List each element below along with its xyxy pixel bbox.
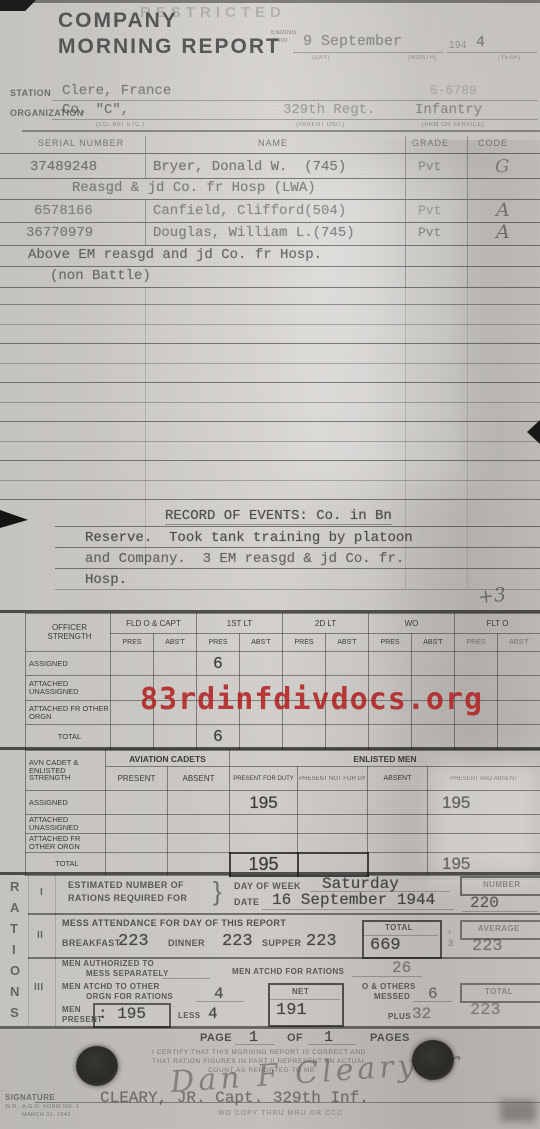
dinner-label: DINNER (168, 938, 205, 948)
pres-header: PRES (283, 634, 326, 652)
ruled-line (0, 480, 540, 481)
record-of-events: RECORD OF EVENTS: Co. in Bn Reserve. Too… (0, 505, 540, 612)
officer-row-label: ATTACHED FR OTHER ORGN (26, 701, 111, 725)
rations-letter: R (10, 879, 20, 894)
bottom-distribution-note: WD COPY THRU MRU OR CCC (218, 1110, 343, 1117)
dinner-value: 223 (222, 932, 253, 951)
roster-column-line (467, 267, 468, 287)
others-underline (414, 1001, 452, 1002)
rations-letter: A (10, 900, 20, 915)
blank-ruled-rows (0, 287, 540, 505)
ruled-line (0, 363, 540, 364)
men-atchd-other-label2: ORGN FOR RATIONS (86, 992, 173, 1001)
rations-section: R A T I O N S I ESTIMATED NUMBER OF RATI… (0, 875, 540, 1027)
roster-column-line (405, 223, 406, 245)
abst-header: ABS'T (240, 634, 283, 652)
enlisted-assigned-present-and-absent: 195 (428, 791, 540, 815)
date-value: 16 September 1944 (272, 891, 435, 909)
roster-column-line (467, 154, 468, 178)
abst-header: ABS'T (154, 634, 197, 652)
rations-total-label: TOTAL (485, 987, 513, 996)
officer-group-fldo-capt: FLD O & CAPT (111, 614, 197, 634)
punch-hole-right (412, 1040, 454, 1080)
org-sublabel-3: (ARM OR SERVICE) (422, 122, 484, 128)
events-line4: Hosp. (85, 572, 127, 588)
roster-column-line (405, 246, 406, 266)
rations-letter: O (10, 963, 21, 978)
officer-group-flt-o: FLT O (455, 614, 540, 634)
rations-row-divider (28, 913, 540, 915)
atchd-rations-underline (352, 976, 422, 977)
year-sublabel: (YEAR) (498, 55, 521, 61)
roster-row-grade: Pvt (418, 159, 441, 174)
men-atchd-other-label1: MEN ATCHD TO OTHER (62, 982, 160, 991)
roster-row-serial: 36770979 (26, 225, 93, 241)
o-and-others-label2: MESSED (374, 992, 410, 1001)
average-value: 223 (472, 937, 503, 956)
date-underline (293, 52, 443, 53)
roster-column-line (467, 136, 468, 153)
roster-column-line (405, 154, 406, 178)
org-sublabel-1: (CO. BAT ETC.) (96, 122, 144, 128)
organization-company: Co. "C", (62, 102, 129, 118)
roster-header-underline (0, 153, 540, 154)
roster-column-line (405, 267, 406, 287)
rations-letter: S (10, 1005, 19, 1020)
ruled-line (0, 324, 540, 325)
roster-column-line (145, 154, 146, 178)
roster-column-line (467, 223, 468, 245)
roster-row-name: Douglas, William L.(745) (153, 225, 355, 241)
roster-row-continuation: Reasgd & jd Co. fr Hosp (LWA) (72, 180, 316, 196)
day-sublabel: (DAY) (312, 55, 330, 61)
typed-signature-name: CLEARY, JR. Capt. 329th Inf. (100, 1089, 369, 1107)
ruled-line (0, 382, 540, 383)
ending-value: 2400 (273, 38, 288, 44)
officer-assigned-1stlt-pres: 6 (197, 652, 240, 676)
number-label: NUMBER (483, 880, 521, 889)
year-underline (447, 52, 537, 53)
roster-row-line (0, 199, 540, 200)
enlisted-table-corner: AVN CADET & ENLISTED STRENGTH (26, 751, 106, 791)
col-present-and-absent: PRESENT AND ABSENT (428, 767, 540, 791)
ruled-line (55, 589, 540, 590)
officer-total-1stlt-pres: 6 (197, 725, 240, 750)
rations-roman-i: I (40, 887, 43, 898)
mess-attendance-title: MESS ATTENDANCE FOR DAY OF THIS REPORT (62, 918, 286, 928)
ruled-line (0, 304, 540, 305)
men-authorized-label1: MEN AUTHORIZED TO (62, 959, 154, 968)
ruled-column-line (405, 505, 406, 589)
roster-row-code: A (496, 221, 510, 243)
events-line3: and Company. 3 EM reasgd & jd Co. fr. (85, 551, 404, 567)
page-underline (235, 1044, 275, 1045)
pages-label: PAGES (370, 1032, 410, 1044)
enlisted-row-label: ATTACHED FR OTHER ORGN (26, 834, 106, 853)
bottom-right-smudge (500, 1100, 536, 1122)
form-title-line2: MORNING REPORT (58, 35, 281, 59)
divide-by: 3 (448, 938, 453, 948)
o-and-others-label1: O & OTHERS (362, 982, 416, 991)
men-atchd-for-rations-label: MEN ATCHD FOR RATIONS (232, 967, 344, 976)
page-label: PAGE (200, 1032, 232, 1044)
enlisted-men-group: ENLISTED MEN (230, 751, 540, 767)
breakfast-label: BREAKFAST (62, 938, 121, 948)
ruled-column-line (467, 287, 468, 505)
roster-row-serial: 6578166 (34, 203, 93, 219)
ruled-column-line (467, 505, 468, 589)
station-value: Clere, France (62, 83, 171, 99)
rations-letter: I (12, 942, 16, 957)
roster-row-code: G (495, 156, 509, 177)
rations-roman-ii: II (37, 930, 43, 941)
ruled-line (0, 402, 540, 403)
roster-row-grade: Pvt (418, 203, 441, 218)
plus-value: 32 (412, 1005, 431, 1023)
ruled-line (0, 460, 540, 461)
brace-glyph: } (213, 876, 222, 907)
form-title-line1: COMPANY (58, 9, 178, 33)
rations-letter-column-line (28, 875, 29, 1027)
roster-row-name: Canfield, Clifford(504) (153, 203, 346, 219)
ending-label: ENDING (271, 30, 297, 36)
net-value: 191 (276, 1001, 307, 1020)
org-sublabel-2: (PARENT UNIT) (296, 122, 345, 128)
officer-group-2d-lt: 2D LT (283, 614, 369, 634)
abst-header: ABS'T (498, 634, 540, 652)
roster-header-serial: SERIAL NUMBER (38, 138, 124, 148)
divide-sign: ÷ (447, 927, 452, 937)
organization-regiment: 329th Regt. (283, 102, 375, 118)
supper-label: SUPPER (262, 938, 301, 948)
less-label: LESS (178, 1011, 201, 1020)
officer-row-label: ATTACHED UNASSIGNED (26, 676, 111, 701)
number-value: 220 (470, 894, 499, 912)
estimated-rations-label2: RATIONS REQUIRED FOR (68, 893, 187, 903)
organization-underline (52, 119, 538, 120)
ruled-line (0, 441, 540, 442)
ruled-column-line (145, 287, 146, 505)
roster-row-grade: Pvt (418, 225, 441, 240)
breakfast-value: 223 (118, 932, 149, 951)
men-atchd-for-rations-value: 26 (392, 959, 411, 977)
rations-roman-iii: III (34, 982, 44, 993)
ruled-column-line (405, 287, 406, 505)
organization-branch: Infantry (415, 102, 482, 118)
roster-column-line (405, 179, 406, 199)
month-sublabel: (MONTH) (408, 55, 437, 61)
men-present-label1: MEN (62, 1005, 81, 1014)
enlisted-row-label: ASSIGNED (26, 791, 106, 815)
roster-row-line (0, 178, 540, 179)
station-right-faint: 5-6789 (430, 83, 477, 98)
header-divider (22, 130, 540, 132)
top-left-ink-mark (0, 0, 36, 11)
plus-label: PLUS (388, 1012, 411, 1021)
men-authorized-label2: MESS SEPARATELY (86, 969, 169, 978)
roster-column-line (467, 246, 468, 266)
enlisted-row-label: ATTACHED UNASSIGNED (26, 815, 106, 834)
roster-column-line (467, 179, 468, 199)
officer-table-corner: OFFICER STRENGTH (26, 614, 111, 652)
morning-report-document: RESTRICTED COMPANY MORNING REPORT ENDING… (0, 0, 540, 1129)
date-underline (262, 909, 454, 910)
form-number: W.D., A.G.O. FORM NO. 1 (5, 1104, 79, 1110)
roster-header-grade: GRADE (412, 138, 449, 148)
station-label: STATION (10, 88, 51, 98)
station-underline (52, 100, 538, 101)
pres-header: PRES (369, 634, 412, 652)
atchd-other-underline (196, 1001, 244, 1002)
rations-bottom-rule (0, 1026, 540, 1029)
roster-row-line (0, 266, 540, 267)
officer-group-1st-lt: 1ST LT (197, 614, 283, 634)
roster-row-line (0, 245, 540, 246)
events-annotation-handwritten: +3 (477, 584, 507, 609)
roster-row-code: A (496, 199, 510, 221)
abst-header: ABS'T (412, 634, 455, 652)
col-present-for-duty: PRESENT FOR DUTY (230, 767, 298, 791)
rations-letter: N (10, 984, 20, 999)
of-label: OF (287, 1032, 303, 1044)
col-present: PRESENT (106, 767, 168, 791)
col-absent-enlisted: ABSENT (368, 767, 428, 791)
estimated-rations-label1: ESTIMATED NUMBER OF (68, 880, 184, 890)
rations-letter: T (10, 921, 18, 936)
year-typed: 4 (476, 34, 485, 51)
total-label: TOTAL (385, 923, 413, 932)
events-line2: Reserve. Took tank training by platoon (85, 530, 413, 546)
day-of-week-label: DAY OF WEEK (234, 881, 301, 891)
roster-column-line (145, 200, 146, 222)
net-label: NET (292, 987, 309, 996)
pages-underline (308, 1044, 356, 1045)
roster-column-line (405, 200, 406, 222)
men-present-value: : 195 (98, 1005, 146, 1023)
ruled-column-line (145, 505, 146, 565)
roster-column-line (467, 200, 468, 222)
col-absent: ABSENT (168, 767, 230, 791)
enlisted-strength-table: AVN CADET & ENLISTED STRENGTH AVIATION C… (25, 750, 540, 877)
mess-separately-underline (162, 978, 210, 979)
form-date: MARCH 31, 1943 (22, 1112, 71, 1118)
ruled-line (0, 499, 540, 500)
roster-row-note: Above EM reasgd and jd Co. fr Hosp. (28, 247, 322, 263)
roster-row-name: Bryer, Donald W. (745) (153, 159, 346, 175)
officer-row-label: TOTAL (26, 725, 111, 750)
ruled-line (0, 421, 540, 422)
average-label: AVERAGE (478, 924, 520, 933)
signature-label: SIGNATURE (5, 1093, 55, 1102)
roster-row-note: (non Battle) (50, 268, 151, 284)
ruled-line (0, 343, 540, 344)
roster-header-code: CODE (478, 138, 508, 148)
roster-column-line (405, 136, 406, 153)
events-line1: RECORD OF EVENTS: Co. in Bn (165, 508, 392, 525)
year-printed: 194 (449, 40, 467, 51)
officer-group-wo: WO (369, 614, 455, 634)
abst-header: ABS'T (326, 634, 369, 652)
pres-header: PRES (111, 634, 154, 652)
roster-column-line (145, 136, 146, 153)
number-underline (462, 911, 538, 912)
roster-row-line (0, 222, 540, 223)
aviation-cadets-group: AVIATION CADETS (106, 751, 230, 767)
punch-hole-left (76, 1046, 118, 1086)
roster-header-name: NAME (258, 138, 288, 148)
enlisted-assigned-present-for-duty: 195 (230, 791, 298, 815)
rations-total-value: 223 (470, 1001, 501, 1020)
roster-row-serial: 37489248 (30, 159, 97, 175)
roster-column-line (145, 223, 146, 245)
supper-value: 223 (306, 932, 337, 951)
site-watermark: 83rdinfdivdocs.org (140, 682, 483, 717)
officer-row-label: ASSIGNED (26, 652, 111, 676)
net-box-divider (268, 999, 340, 1000)
less-value: 4 (208, 1005, 218, 1023)
rations-numeral-column-line (55, 875, 56, 1027)
report-date-value: 9 September (303, 33, 402, 50)
total-value: 669 (370, 936, 401, 955)
col-present-not-for-duty: PRESENT NOT FOR DY (298, 767, 368, 791)
date-label: DATE (234, 897, 259, 907)
pres-header: PRES (197, 634, 240, 652)
pres-header: PRES (455, 634, 498, 652)
top-edge-shadow (0, 0, 540, 3)
